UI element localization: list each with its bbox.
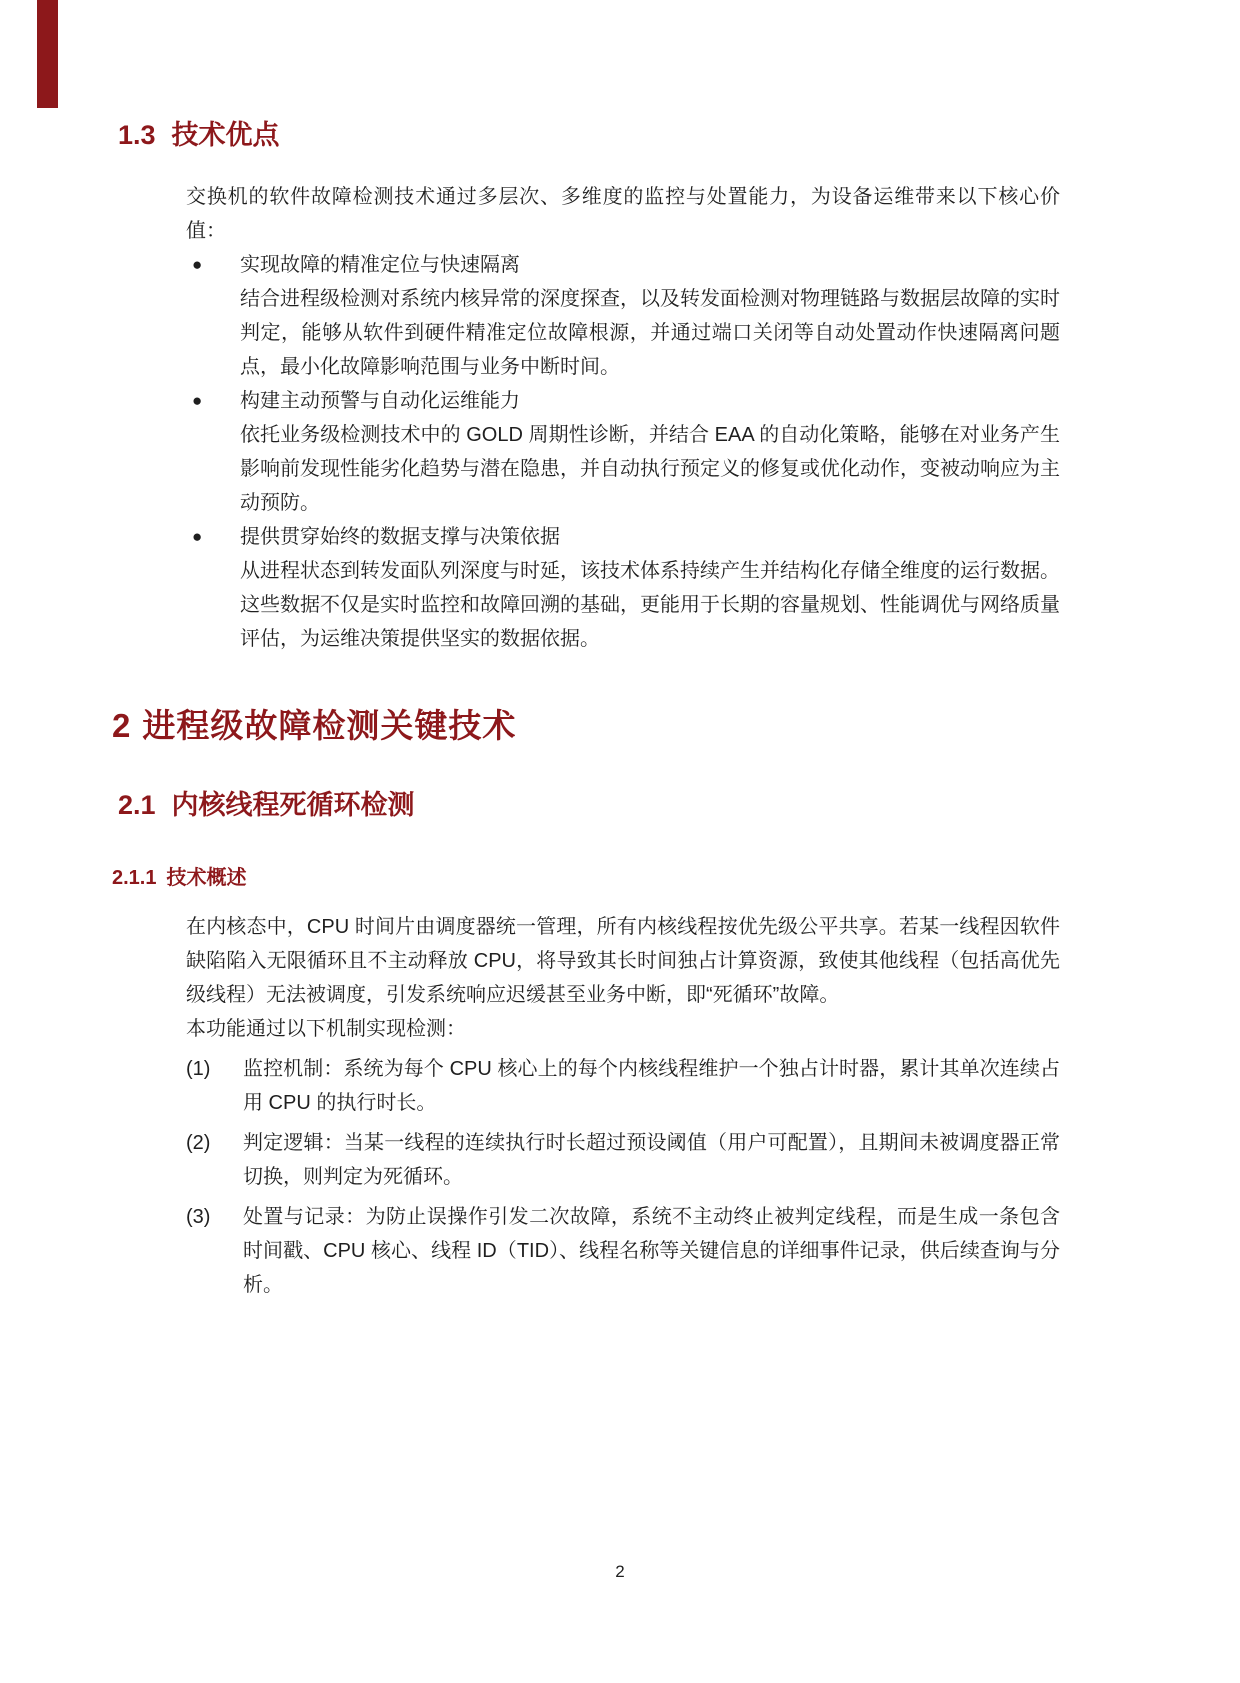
bullet-dot-icon: ● bbox=[186, 384, 240, 418]
section-title: 技术优点 bbox=[172, 120, 280, 150]
bookmark-bar bbox=[37, 0, 58, 108]
overview-paragraph: 在内核态中，CPU 时间片由调度器统一管理，所有内核线程按优先级公平共享。若某一… bbox=[186, 910, 1060, 1012]
item-text: 处置与记录：为防止误操作引发二次故障，系统不主动终止被判定线程，而是生成一条包含… bbox=[243, 1200, 1060, 1302]
section-heading-2-1: 2.1内核线程死循环检测 bbox=[118, 786, 1240, 824]
bullet-dot-icon: ● bbox=[186, 248, 240, 282]
section-heading-1-3: 1.3技术优点 bbox=[118, 116, 1240, 154]
bullet-title: 实现故障的精准定位与快速隔离 bbox=[240, 248, 1060, 282]
bullet-title: 构建主动预警与自动化运维能力 bbox=[240, 384, 1060, 418]
section-number: 2.1 bbox=[118, 790, 156, 820]
item-number: (2) bbox=[186, 1126, 243, 1194]
section-heading-2-1-1: 2.1.1技术概述 bbox=[112, 864, 1240, 892]
bullet-body: 从进程状态到转发面队列深度与时延，该技术体系持续产生并结构化存储全维度的运行数据… bbox=[240, 554, 1060, 656]
list-lead-line: 本功能通过以下机制实现检测： bbox=[186, 1012, 1060, 1046]
item-text: 判定逻辑：当某一线程的连续执行时长超过预设阈值（用户可配置），且期间未被调度器正… bbox=[243, 1126, 1060, 1194]
intro-paragraph: 交换机的软件故障检测技术通过多层次、多维度的监控与处置能力，为设备运维带来以下核… bbox=[186, 180, 1060, 248]
chapter-heading-2: 2进程级故障检测关键技术 bbox=[112, 704, 1240, 748]
document-page: { "accent_color": "#8D181B", "sections":… bbox=[0, 0, 1240, 1683]
section-2-1-1-body: 在内核态中，CPU 时间片由调度器统一管理，所有内核线程按优先级公平共享。若某一… bbox=[186, 910, 1060, 1302]
bullet-dot-icon: ● bbox=[186, 520, 240, 554]
item-text: 监控机制：系统为每个 CPU 核心上的每个内核线程维护一个独占计时器，累计其单次… bbox=[243, 1052, 1060, 1120]
item-number: (3) bbox=[186, 1200, 243, 1302]
numbered-item: (1) 监控机制：系统为每个 CPU 核心上的每个内核线程维护一个独占计时器，累… bbox=[186, 1052, 1060, 1120]
bullet-body: 结合进程级检测对系统内核异常的深度探查，以及转发面检测对物理链路与数据层故障的实… bbox=[240, 282, 1060, 384]
item-number: (1) bbox=[186, 1052, 243, 1120]
section-number: 2.1.1 bbox=[112, 867, 156, 889]
section-title: 内核线程死循环检测 bbox=[172, 790, 415, 820]
numbered-item: (3) 处置与记录：为防止误操作引发二次故障，系统不主动终止被判定线程，而是生成… bbox=[186, 1200, 1060, 1302]
chapter-title: 进程级故障检测关键技术 bbox=[142, 707, 516, 744]
bullet-body: 依托业务级检测技术中的 GOLD 周期性诊断，并结合 EAA 的自动化策略，能够… bbox=[240, 418, 1060, 520]
bullet-item: ● 构建主动预警与自动化运维能力 bbox=[186, 384, 1060, 418]
bullet-item: ● 提供贯穿始终的数据支撑与决策依据 bbox=[186, 520, 1060, 554]
chapter-number: 2 bbox=[112, 707, 130, 744]
bullet-item: ● 实现故障的精准定位与快速隔离 bbox=[186, 248, 1060, 282]
numbered-item: (2) 判定逻辑：当某一线程的连续执行时长超过预设阈值（用户可配置），且期间未被… bbox=[186, 1126, 1060, 1194]
section-number: 1.3 bbox=[118, 120, 156, 150]
page-number: 2 bbox=[0, 1560, 1240, 1584]
section-1-3-body: 交换机的软件故障检测技术通过多层次、多维度的监控与处置能力，为设备运维带来以下核… bbox=[186, 180, 1060, 656]
section-title: 技术概述 bbox=[166, 867, 246, 889]
bullet-title: 提供贯穿始终的数据支撑与决策依据 bbox=[240, 520, 1060, 554]
